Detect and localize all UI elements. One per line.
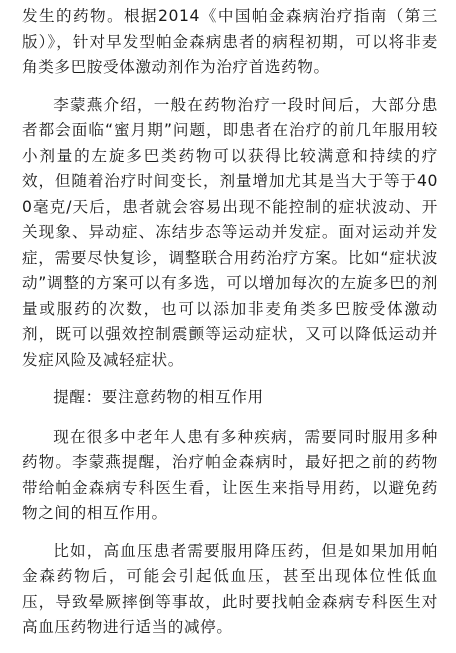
- paragraph-guideline: 发生的药物。根据2014《中国帕金森病治疗指南（第三版）》，针对早发型帕金森病患…: [22, 4, 438, 81]
- paragraph-honeymoon-period: 李蒙燕介绍，一般在药物治疗一段时间后，大部分患者都会面临“蜜月期”问题，即患者在…: [22, 93, 438, 374]
- paragraph-multiple-drugs: 现在很多中老年人患有多种疾病，需要同时服用多种药物。李蒙燕提醒，治疗帕金森病时，…: [22, 425, 438, 527]
- section-heading-drug-interaction: 提醒：要注意药物的相互作用: [22, 385, 438, 411]
- article-body: 发生的药物。根据2014《中国帕金森病治疗指南（第三版）》，针对早发型帕金森病患…: [22, 4, 438, 534]
